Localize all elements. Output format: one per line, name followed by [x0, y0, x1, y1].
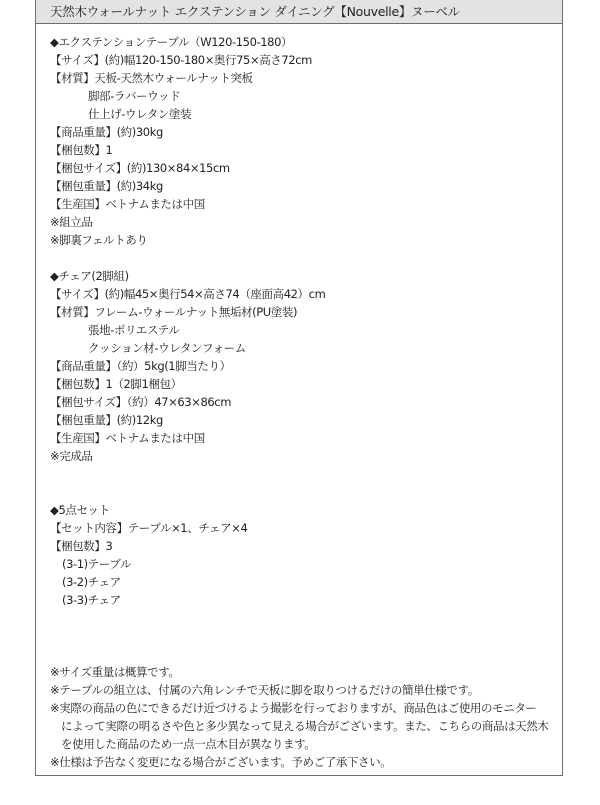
note-spec-change: ※仕様は予告なく変更になる場合がございます。予めご了承下さい。 — [50, 753, 554, 771]
spec-box: 天然木ウォールナット エクステンション ダイニング【Nouvelle】ヌーベル … — [35, 0, 563, 776]
note-size-weight: ※サイズ重量は概算です。 — [50, 663, 554, 681]
table-origin: 【生産国】ベトナムまたは中国 — [50, 195, 554, 213]
chair-material-upholstery: 張地-ポリエステル — [50, 321, 554, 339]
table-weight: 【商品重量】(約)30kg — [50, 123, 554, 141]
spacer — [50, 249, 554, 267]
chair-package-size: 【梱包サイズ】（約）47×63×86cm — [50, 393, 554, 411]
note-assembly: ※テーブルの組立は、付属の六角レンチで天板に脚を取りつけるだけの簡単仕様です。 — [50, 681, 554, 699]
note-color-line3: を使用した商品のため一点一点木目が異なります。 — [50, 735, 554, 753]
set-packages: 【梱包数】3 — [50, 537, 554, 555]
table-size: 【サイズ】(約)幅120-150-180×奥行75×高さ72cm — [50, 51, 554, 69]
chair-spec-section: ◆チェア(2脚組) 【サイズ】(約)幅45×奥行54×高さ74（座面高42）cm… — [50, 267, 554, 465]
table-heading: ◆エクステンションテーブル（W120-150-180） — [50, 33, 554, 51]
product-title: 天然木ウォールナット エクステンション ダイニング【Nouvelle】ヌーベル — [50, 4, 460, 19]
set-heading: ◆5点セット — [50, 501, 554, 519]
chair-size: 【サイズ】(約)幅45×奥行54×高さ74（座面高42）cm — [50, 285, 554, 303]
chair-material-cushion: クッション材-ウレタンフォーム — [50, 339, 554, 357]
table-material: 【材質】天板-天然木ウォールナット突板 — [50, 69, 554, 87]
chair-material: 【材質】フレーム-ウォールナット無垢材(PU塗装) — [50, 303, 554, 321]
set-spec-section: ◆5点セット 【セット内容】テーブル×1、チェア×4 【梱包数】3 (3-1)テ… — [50, 501, 554, 609]
chair-origin: 【生産国】ベトナムまたは中国 — [50, 429, 554, 447]
table-package-size: 【梱包サイズ】(約)130×84×15cm — [50, 159, 554, 177]
note-color-line1: ※実際の商品の色にできるだけ近づけるよう撮影を行っておりますが、商品色はご使用の… — [50, 699, 554, 717]
spec-body: ◆エクステンションテーブル（W120-150-180） 【サイズ】(約)幅120… — [50, 33, 554, 771]
table-packages: 【梱包数】1 — [50, 141, 554, 159]
table-package-weight: 【梱包重量】(約)34kg — [50, 177, 554, 195]
set-contents: 【セット内容】テーブル×1、チェア×4 — [50, 519, 554, 537]
chair-note-complete: ※完成品 — [50, 447, 554, 465]
table-note-assembly: ※組立品 — [50, 213, 554, 231]
chair-packages: 【梱包数】1（2脚1梱包） — [50, 375, 554, 393]
table-material-finish: 仕上げ-ウレタン塗装 — [50, 105, 554, 123]
product-title-header: 天然木ウォールナット エクステンション ダイニング【Nouvelle】ヌーベル — [36, 0, 562, 24]
table-spec-section: ◆エクステンションテーブル（W120-150-180） 【サイズ】(約)幅120… — [50, 33, 554, 249]
chair-weight: 【商品重量】（約）5kg(1脚当たり） — [50, 357, 554, 375]
spacer — [50, 609, 554, 663]
chair-heading: ◆チェア(2脚組) — [50, 267, 554, 285]
note-color-line2: によって実際の明るさや色と多少異なって見える場合がございます。また、こちらの商品… — [50, 717, 554, 735]
set-package-item: (3-2)チェア — [50, 573, 554, 591]
spacer — [50, 465, 554, 501]
table-material-legs: 脚部-ラバーウッド — [50, 87, 554, 105]
set-package-item: (3-3)チェア — [50, 591, 554, 609]
table-note-felt: ※脚裏フェルトあり — [50, 231, 554, 249]
chair-package-weight: 【梱包重量】(約)12kg — [50, 411, 554, 429]
notes-section: ※サイズ重量は概算です。 ※テーブルの組立は、付属の六角レンチで天板に脚を取りつ… — [50, 663, 554, 771]
set-package-item: (3-1)テーブル — [50, 555, 554, 573]
